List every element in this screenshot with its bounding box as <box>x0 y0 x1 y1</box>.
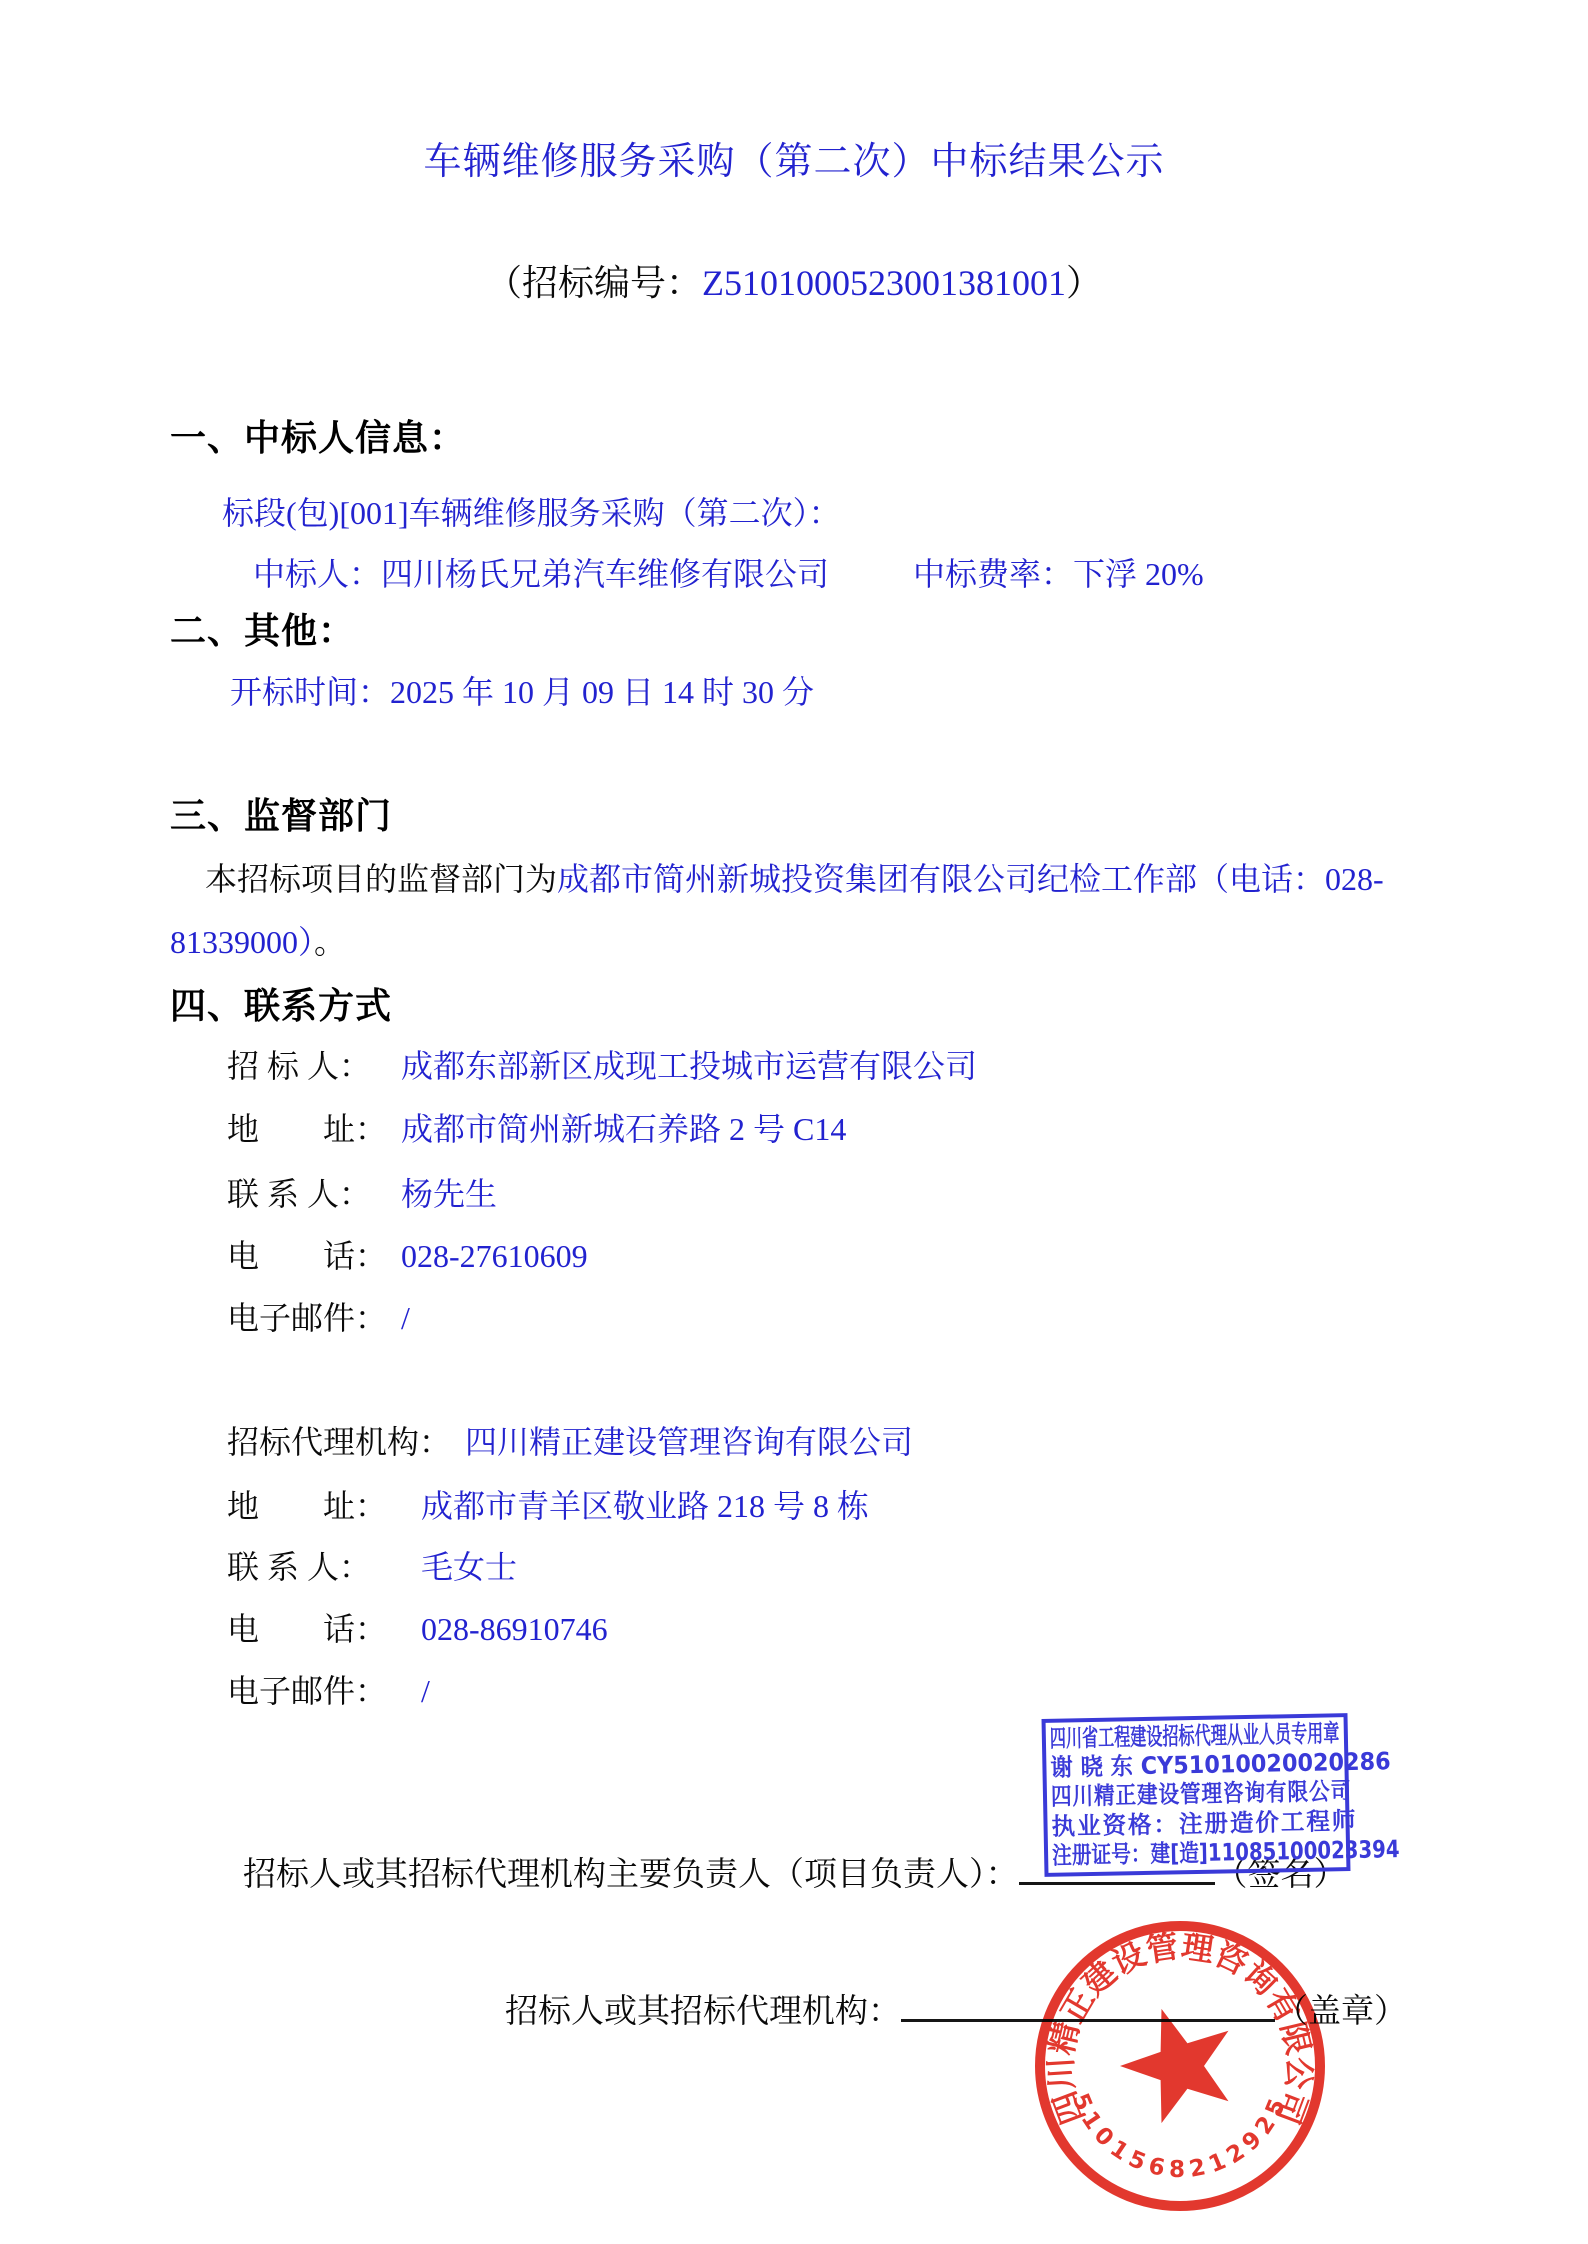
agency-phone-value: 028-86910746 <box>421 1611 608 1647</box>
bid-number-suffix: ） <box>1066 263 1102 303</box>
seal-serial-text: 5101568212925 <box>1067 2090 1294 2183</box>
company-seal: 四川精正建设管理咨询有限公司 5101568212925 <box>1022 1908 1338 2224</box>
stamp-company-line: 四川精正建设管理咨询有限公司 <box>1051 1778 1301 1812</box>
agency-email-value: / <box>421 1673 430 1709</box>
agency-address-label: 地 址： <box>227 1481 387 1527</box>
tenderer-phone-label: 电 话： <box>227 1231 387 1277</box>
section-winner-heading: 一、中标人信息： <box>170 410 466 461</box>
supervision-period: 。 <box>314 924 346 960</box>
supervision-paragraph-line1: 本招标项目的监督部门为成都市简州新城投资集团有限公司纪检工作部（电话：028- <box>205 854 1384 900</box>
section-contact-heading: 四、联系方式 <box>170 978 392 1029</box>
agent-personnel-stamp: 四川省工程建设招标代理从业人员专用章 谢 晓 东 CY5101002002028… <box>1042 1713 1351 1877</box>
agency-address-value: 成都市青羊区敬业路 218 号 8 栋 <box>421 1488 869 1524</box>
bid-number-line: （招标编号：Z5101000523001381001） <box>0 255 1588 306</box>
agency-phone-row: 电 话：028-86910746 <box>227 1604 608 1650</box>
page-title: 车辆维修服务采购（第二次）中标结果公示 <box>0 130 1588 185</box>
tenderer-email-label: 电子邮件： <box>227 1293 387 1339</box>
agency-phone-label: 电 话： <box>227 1604 387 1650</box>
tenderer-phone-row: 电 话：028-27610609 <box>227 1231 588 1277</box>
rate-line: 中标费率：下浮 20% <box>913 549 1204 595</box>
tenderer-address-label: 地 址： <box>227 1104 387 1150</box>
stamp-cert-number-line: 注册证号：建[造]11085100023394 <box>1052 1837 1290 1871</box>
signature-line2-label: 招标人或其招标代理机构： <box>505 1994 901 2030</box>
tenderer-name-row: 招 标 人：成都东部新区成现工投城市运营有限公司 <box>227 1041 977 1087</box>
supervision-text-blue: 成都市简州新城投资集团有限公司纪检工作部（电话：028- <box>557 861 1384 897</box>
supervision-text-black: 本招标项目的监督部门为 <box>205 861 557 897</box>
agency-address-row: 地 址：成都市青羊区敬业路 218 号 8 栋 <box>227 1481 869 1527</box>
tenderer-address-row: 地 址：成都市简州新城石养路 2 号 C14 <box>227 1104 846 1150</box>
signature-line1-label: 招标人或其招标代理机构主要负责人（项目负责人）： <box>243 1857 1019 1893</box>
tenderer-email-row: 电子邮件：/ <box>227 1293 410 1339</box>
tenderer-address-value: 成都市简州新城石养路 2 号 C14 <box>401 1111 846 1147</box>
agency-name-label: 招标代理机构： <box>227 1417 451 1463</box>
agency-name-value: 四川精正建设管理咨询有限公司 <box>465 1424 913 1460</box>
agency-contact-label: 联 系 人： <box>227 1542 387 1588</box>
winner-line: 中标人：四川杨氏兄弟汽车维修有限公司 <box>253 549 829 595</box>
open-time-line: 开标时间：2025 年 10 月 09 日 14 时 30 分 <box>230 667 814 713</box>
agency-contact-row: 联 系 人：毛女士 <box>227 1542 517 1588</box>
tenderer-contact-row: 联 系 人：杨先生 <box>227 1169 497 1215</box>
tenderer-email-value: / <box>401 1300 410 1336</box>
seal-star-icon <box>1120 2009 1229 2123</box>
supervision-phone-rest: 81339000） <box>170 924 314 960</box>
document-page: 车辆维修服务采购（第二次）中标结果公示 （招标编号：Z5101000523001… <box>0 0 1588 2244</box>
agency-email-label: 电子邮件： <box>227 1666 387 1712</box>
supervision-paragraph-line2: 81339000）。 <box>170 917 346 963</box>
lot-line: 标段(包)[001]车辆维修服务采购（第二次）： <box>222 488 841 534</box>
tenderer-name-label: 招 标 人： <box>227 1041 387 1087</box>
agency-email-row: 电子邮件：/ <box>227 1666 430 1712</box>
agency-name-row: 招标代理机构：四川精正建设管理咨询有限公司 <box>227 1417 913 1463</box>
tenderer-phone-value: 028-27610609 <box>401 1238 588 1274</box>
section-other-heading: 二、其他： <box>170 603 355 654</box>
stamp-title-line: 四川省工程建设招标代理从业人员专用章 <box>1050 1721 1245 1754</box>
bid-number: Z5101000523001381001 <box>702 263 1066 303</box>
tenderer-contact-value: 杨先生 <box>401 1176 497 1212</box>
agency-contact-value: 毛女士 <box>421 1549 517 1585</box>
bid-number-prefix: （招标编号： <box>486 263 702 303</box>
section-supervision-heading: 三、监督部门 <box>170 788 392 839</box>
tenderer-contact-label: 联 系 人： <box>227 1169 387 1215</box>
tenderer-name-value: 成都东部新区成现工投城市运营有限公司 <box>401 1048 977 1084</box>
